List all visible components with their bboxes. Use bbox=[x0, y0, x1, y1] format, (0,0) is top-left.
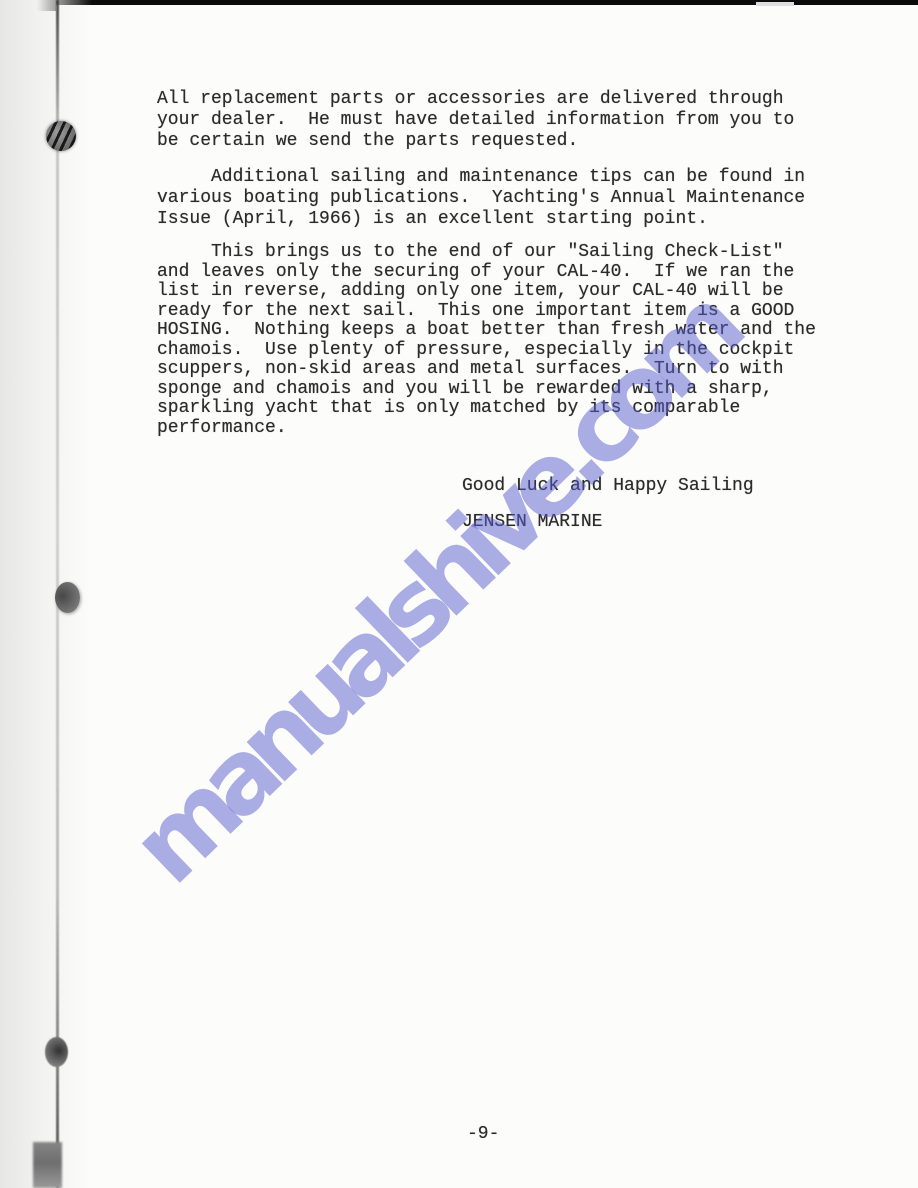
paragraph-line: various boating publications. Yachting's… bbox=[157, 188, 805, 209]
paragraph-line: This brings us to the end of our "Sailin… bbox=[157, 243, 816, 263]
paragraph-line: performance. bbox=[157, 419, 816, 439]
paragraph-replacement-parts: All replacement parts or accessories are… bbox=[157, 89, 794, 152]
paragraph-line: ready for the next sail. This one import… bbox=[157, 302, 816, 322]
paragraph-line: HOSING. Nothing keeps a boat better than… bbox=[157, 321, 816, 341]
paragraph-line: list in reverse, adding only one item, y… bbox=[157, 282, 816, 302]
binding-fastener-bottom bbox=[45, 1037, 68, 1067]
paragraph-line: your dealer. He must have detailed infor… bbox=[157, 110, 794, 131]
paragraph-line: be certain we send the parts requested. bbox=[157, 131, 794, 152]
paragraph-maintenance-tips: Additional sailing and maintenance tips … bbox=[157, 167, 805, 230]
paragraph-line: Issue (April, 1966) is an excellent star… bbox=[157, 209, 805, 230]
paragraph-line: Additional sailing and maintenance tips … bbox=[157, 167, 805, 188]
scan-mark-bottom-left bbox=[33, 1142, 62, 1188]
paragraph-line: scuppers, non-skid areas and metal surfa… bbox=[157, 360, 816, 380]
signoff-company: JENSEN MARINE bbox=[462, 513, 754, 533]
paragraph-sailing-checklist: This brings us to the end of our "Sailin… bbox=[157, 243, 816, 438]
paragraph-line: All replacement parts or accessories are… bbox=[157, 89, 794, 110]
document-body: All replacement parts or accessories are… bbox=[157, 0, 857, 1188]
binding-fastener-top bbox=[46, 121, 76, 151]
paragraph-line: sparkling yacht that is only matched by … bbox=[157, 399, 816, 419]
paragraph-line: and leaves only the securing of your CAL… bbox=[157, 263, 816, 283]
scanned-manual-page: All replacement parts or accessories are… bbox=[0, 0, 918, 1188]
page-number: -9- bbox=[467, 1125, 499, 1145]
signoff-closing: Good Luck and Happy Sailing bbox=[462, 477, 754, 497]
paragraph-line: chamois. Use plenty of pressure, especia… bbox=[157, 341, 816, 361]
paragraph-line: sponge and chamois and you will be rewar… bbox=[157, 380, 816, 400]
binding-fastener-middle bbox=[55, 582, 80, 613]
signoff-block: Good Luck and Happy Sailing JENSEN MARIN… bbox=[462, 477, 754, 532]
